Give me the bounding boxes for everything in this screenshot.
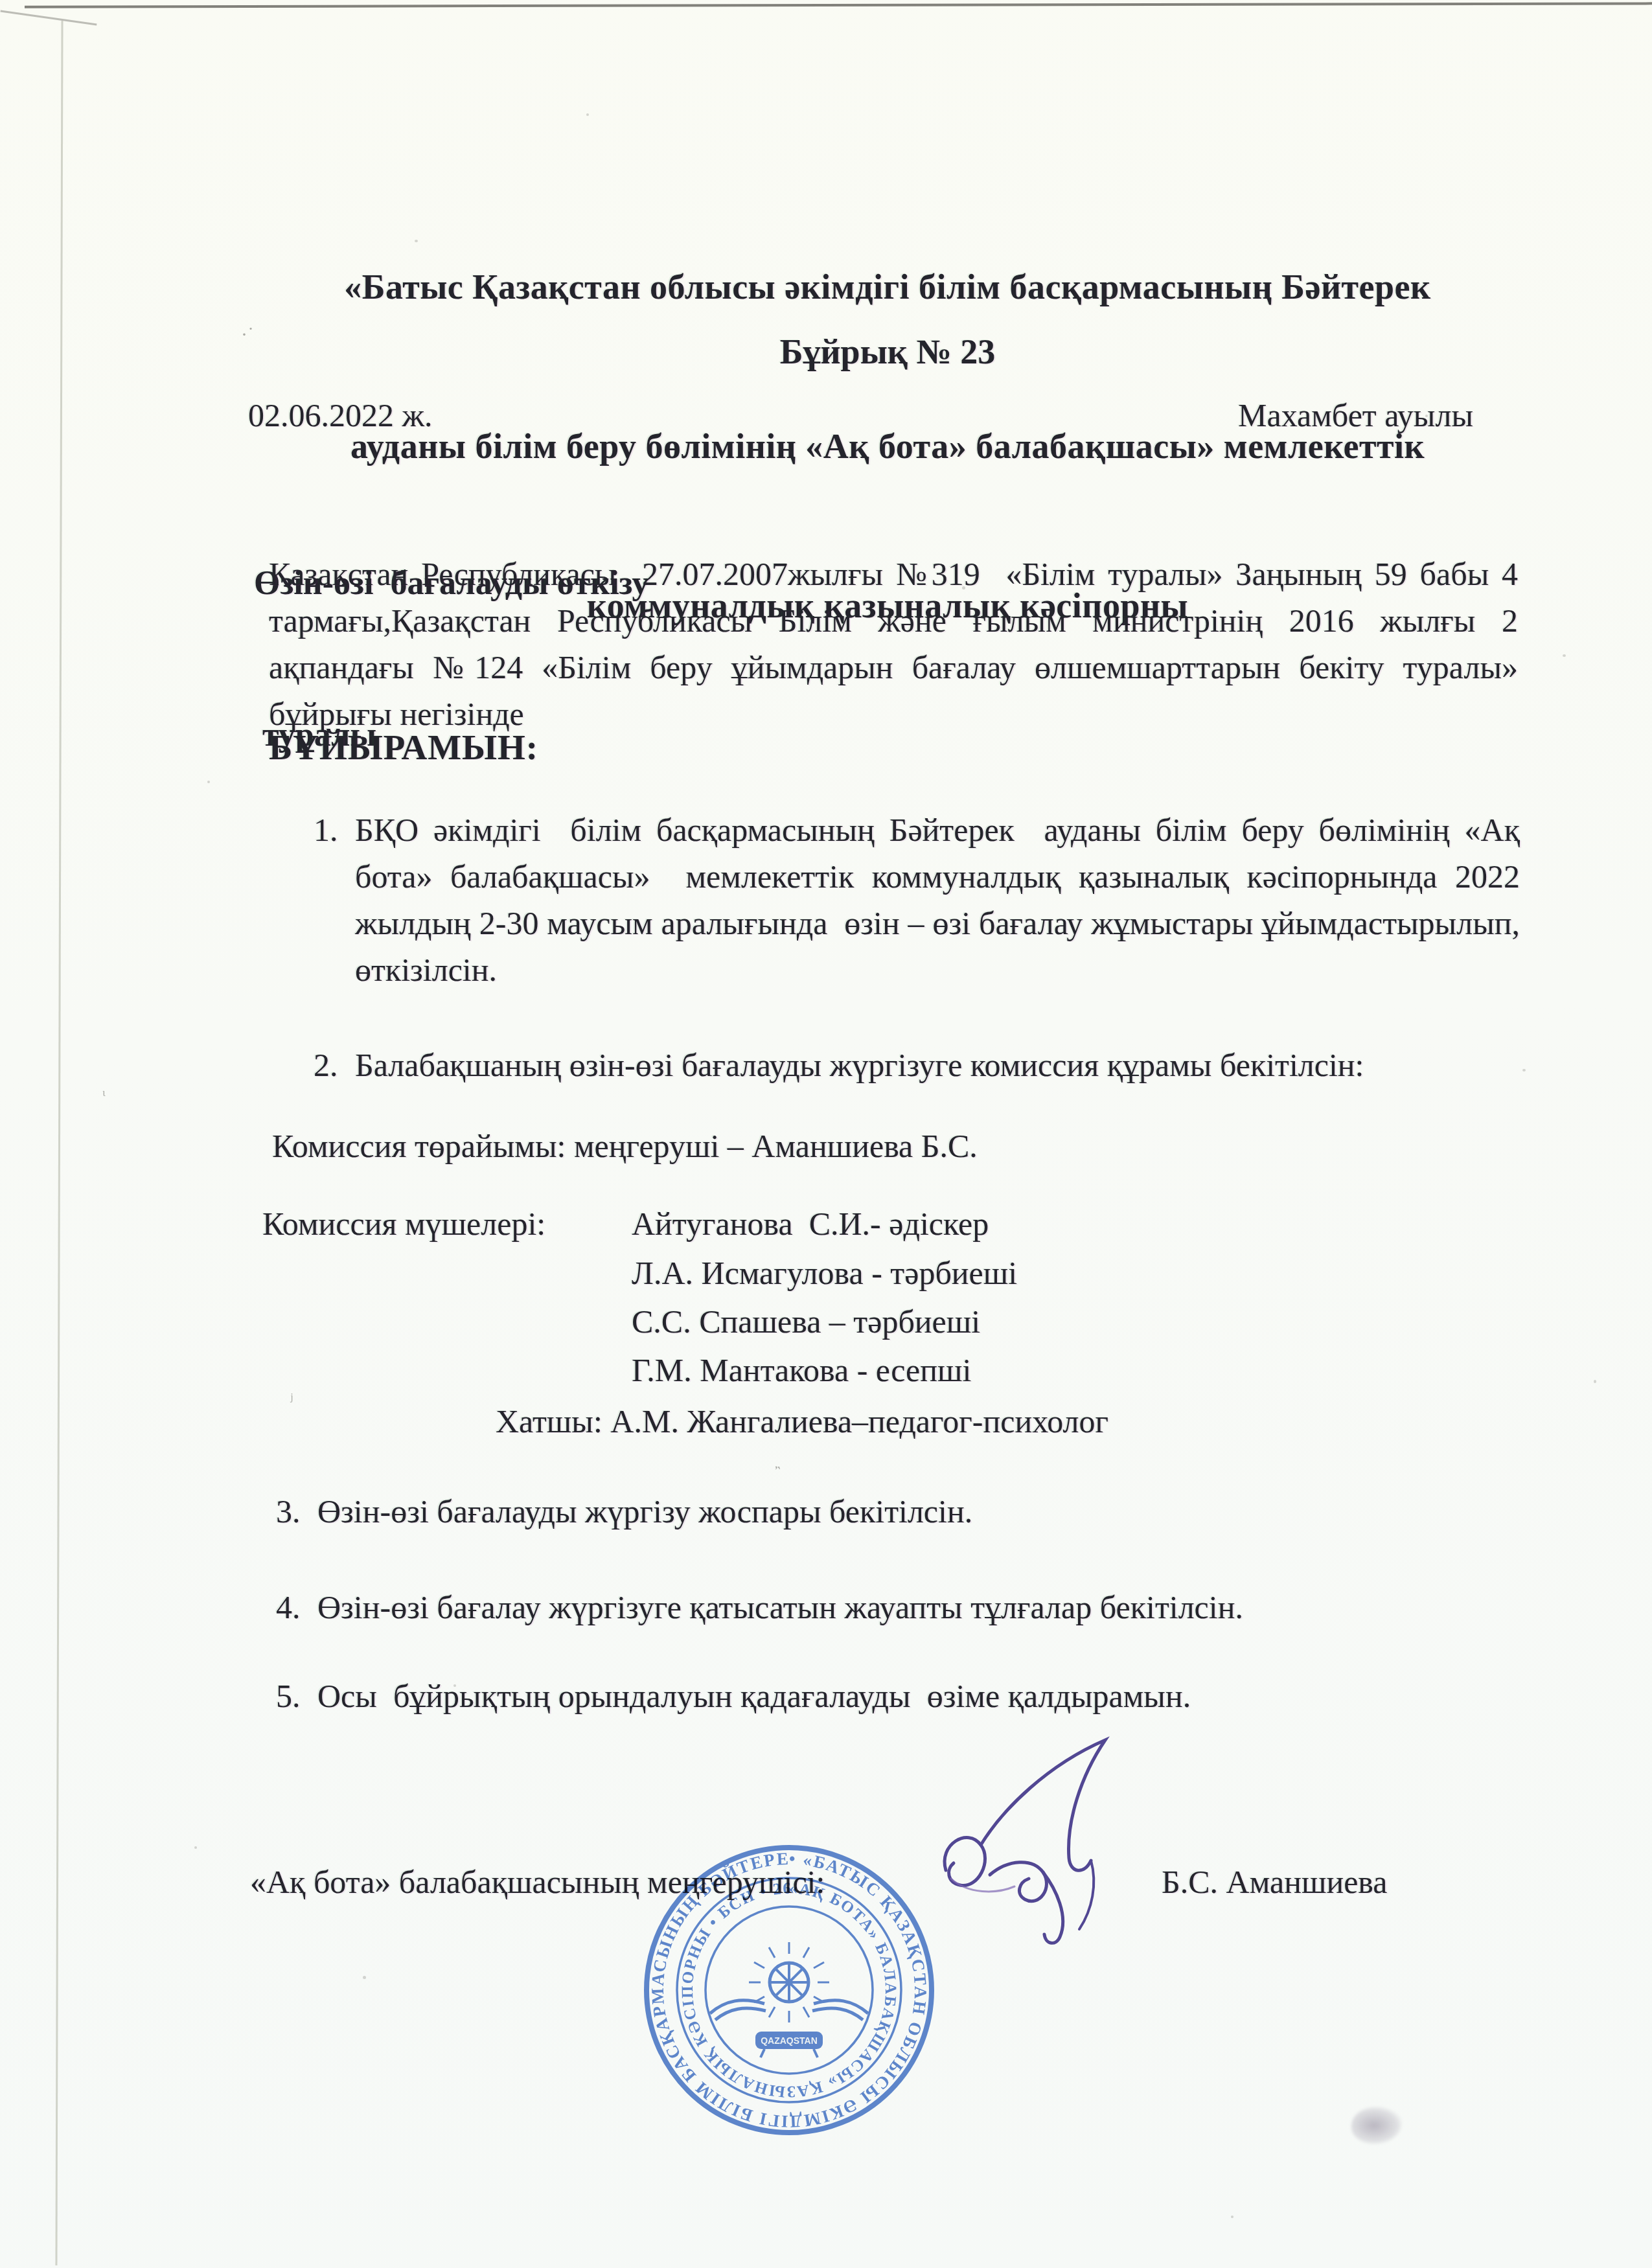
paper-speck [1594, 1380, 1596, 1383]
paper-speck [1231, 2216, 1233, 2218]
scan-edge-top [25, 2, 1652, 8]
signature-name: Б.С. Аманшиева [1162, 1863, 1388, 1901]
commission-member: Г.М. Мантакова - есепші [632, 1351, 971, 1389]
item-number: 2. [314, 1042, 355, 1088]
paper-speck [363, 1976, 366, 1979]
order-number-title: Бұйрық № 23 [253, 332, 1522, 372]
paper-speck [586, 113, 589, 116]
commission-member: С.С. Спашева – тәрбиеші [632, 1303, 980, 1340]
commission-member: Л.А. Исмагулова - тәрбиеші [632, 1254, 1017, 1292]
paper-speck [194, 1846, 197, 1849]
resolve-keyword: БҰЙЫРАМЫН: [269, 727, 538, 768]
secretary-line: Хатшы: А.М. Жангалиева–педагог-психолог [496, 1403, 1108, 1440]
item-number: 4. [276, 1584, 317, 1631]
item-text: Осы бұйрықтың орындалуын қадағалауды өзі… [317, 1673, 1559, 1719]
commission-member: Айтуганова С.И.- әдіскер [632, 1205, 989, 1243]
order-item-3: 3. Өзін-өзі бағалауды жүргізу жоспары бе… [276, 1488, 1559, 1535]
item-number: 5. [276, 1673, 317, 1719]
item-text: Өзін-өзі бағалау жүргізуге қатысатын жау… [317, 1584, 1559, 1631]
item-text: БҚО әкімдігі білім басқармасының Бәйтере… [355, 807, 1520, 993]
commission-members-label: Комиссия мүшелері: [262, 1205, 545, 1243]
preamble-paragraph: Қазақстан Республикасы 27.07.2007жылғы №… [269, 551, 1518, 737]
paper-speck [207, 781, 210, 783]
order-item-2: 2. Балабақшаның өзін-өзі бағалауды жүргі… [314, 1042, 1520, 1088]
paper-speck [1522, 1069, 1526, 1071]
official-seal: • «БАТЫС ҚАЗАҚСТАН ОБЛЫСЫ ӘКІМДІГІ БІЛІМ… [637, 1838, 941, 2142]
item-text: Балабақшаның өзін-өзі бағалауды жүргізуг… [355, 1042, 1520, 1088]
commission-chair-line: Комиссия төрайымы: меңгеруші – Аманшиева… [272, 1127, 978, 1165]
paper-speck: ᶥ [102, 1086, 106, 1106]
item-text: Өзін-өзі бағалауды жүргізу жоспары бекіт… [317, 1488, 1559, 1535]
order-item-1: 1. БҚО әкімдігі білім басқармасының Бәйт… [314, 807, 1520, 993]
paper-speck: ʲ [290, 1390, 293, 1410]
paper-speck [1563, 654, 1566, 657]
date-place-row: 02.06.2022 ж. Махамбет ауылы [248, 396, 1473, 434]
order-item-4: 4. Өзін-өзі бағалау жүргізуге қатысатын … [276, 1584, 1559, 1631]
scanned-order-document: «Батыс Қазақстан облысы әкімдігі білім б… [0, 0, 1652, 2268]
paper-speck [962, 586, 965, 590]
seal-center-text: QAZAQSTAN [761, 2035, 818, 2046]
scan-edge-corner [1, 10, 97, 26]
paper-speck: ·˙ [241, 324, 254, 346]
org-header-line-1: «Батыс Қазақстан облысы әкімдігі білім б… [253, 260, 1522, 314]
scan-edge-left [55, 21, 63, 2265]
paper-speck [415, 240, 418, 242]
paper-speck [453, 1684, 456, 1687]
order-item-5: 5. Осы бұйрықтың орындалуын қадағалауды … [276, 1673, 1559, 1719]
item-number: 3. [276, 1488, 317, 1535]
order-place: Махамбет ауылы [1238, 396, 1473, 434]
handwritten-signature [906, 1731, 1178, 1958]
order-date: 02.06.2022 ж. [248, 396, 433, 434]
item-number: 1. [314, 807, 355, 993]
paper-speck: ῍ [775, 1463, 781, 1482]
paper-speck [1425, 415, 1428, 417]
ink-smudge [1351, 2107, 1402, 2144]
